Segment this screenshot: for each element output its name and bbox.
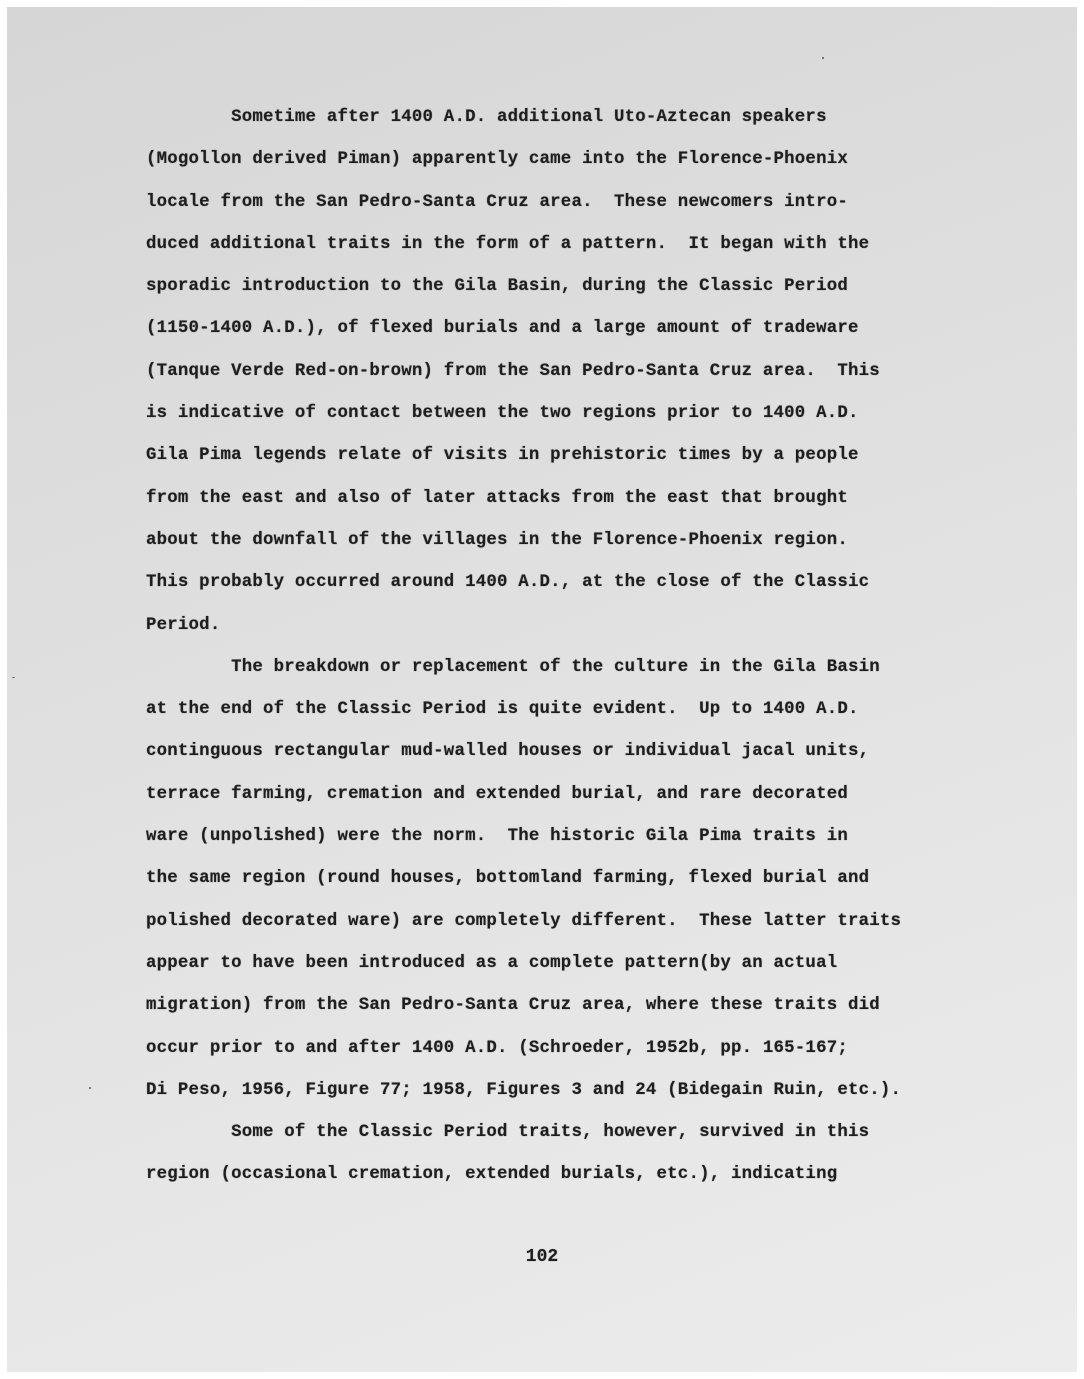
text-line: is indicative of contact between the two… xyxy=(146,393,906,435)
text-line: appear to have been introduced as a comp… xyxy=(146,943,906,985)
text-line: duced additional traits in the form of a… xyxy=(146,224,906,266)
text-line: Period. xyxy=(146,605,906,647)
body-text: Sometime after 1400 A.D. additional Uto-… xyxy=(146,97,906,1197)
text-line: migration) from the San Pedro-Santa Cruz… xyxy=(146,985,906,1027)
text-line: terrace farming, cremation and extended … xyxy=(146,774,906,816)
text-line: The breakdown or replacement of the cult… xyxy=(146,647,906,689)
text-line: (Tanque Verde Red-on-brown) from the San… xyxy=(146,351,906,393)
text-line: (1150-1400 A.D.), of flexed burials and … xyxy=(146,308,906,350)
text-line: locale from the San Pedro-Santa Cruz are… xyxy=(146,182,906,224)
text-line: from the east and also of later attacks … xyxy=(146,478,906,520)
text-line: continguous rectangular mud-walled house… xyxy=(146,731,906,773)
text-line: occur prior to and after 1400 A.D. (Schr… xyxy=(146,1028,906,1070)
text-line: polished decorated ware) are completely … xyxy=(146,901,906,943)
paper-speck xyxy=(822,57,824,59)
paper-speck xyxy=(89,1087,91,1089)
text-line: This probably occurred around 1400 A.D.,… xyxy=(146,562,906,604)
text-line: region (occasional cremation, extended b… xyxy=(146,1154,906,1196)
text-line: Gila Pima legends relate of visits in pr… xyxy=(146,435,906,477)
text-line: ware (unpolished) were the norm. The his… xyxy=(146,816,906,858)
page-number: 102 xyxy=(0,1247,1084,1267)
text-line: sporadic introduction to the Gila Basin,… xyxy=(146,266,906,308)
paper-speck xyxy=(12,677,15,678)
text-line: at the end of the Classic Period is quit… xyxy=(146,689,906,731)
text-line: Di Peso, 1956, Figure 77; 1958, Figures … xyxy=(146,1070,906,1112)
text-line: (Mogollon derived Piman) apparently came… xyxy=(146,139,906,181)
text-line: Some of the Classic Period traits, howev… xyxy=(146,1112,906,1154)
text-line: about the downfall of the villages in th… xyxy=(146,520,906,562)
text-line: the same region (round houses, bottomlan… xyxy=(146,858,906,900)
text-line: Sometime after 1400 A.D. additional Uto-… xyxy=(146,97,906,139)
